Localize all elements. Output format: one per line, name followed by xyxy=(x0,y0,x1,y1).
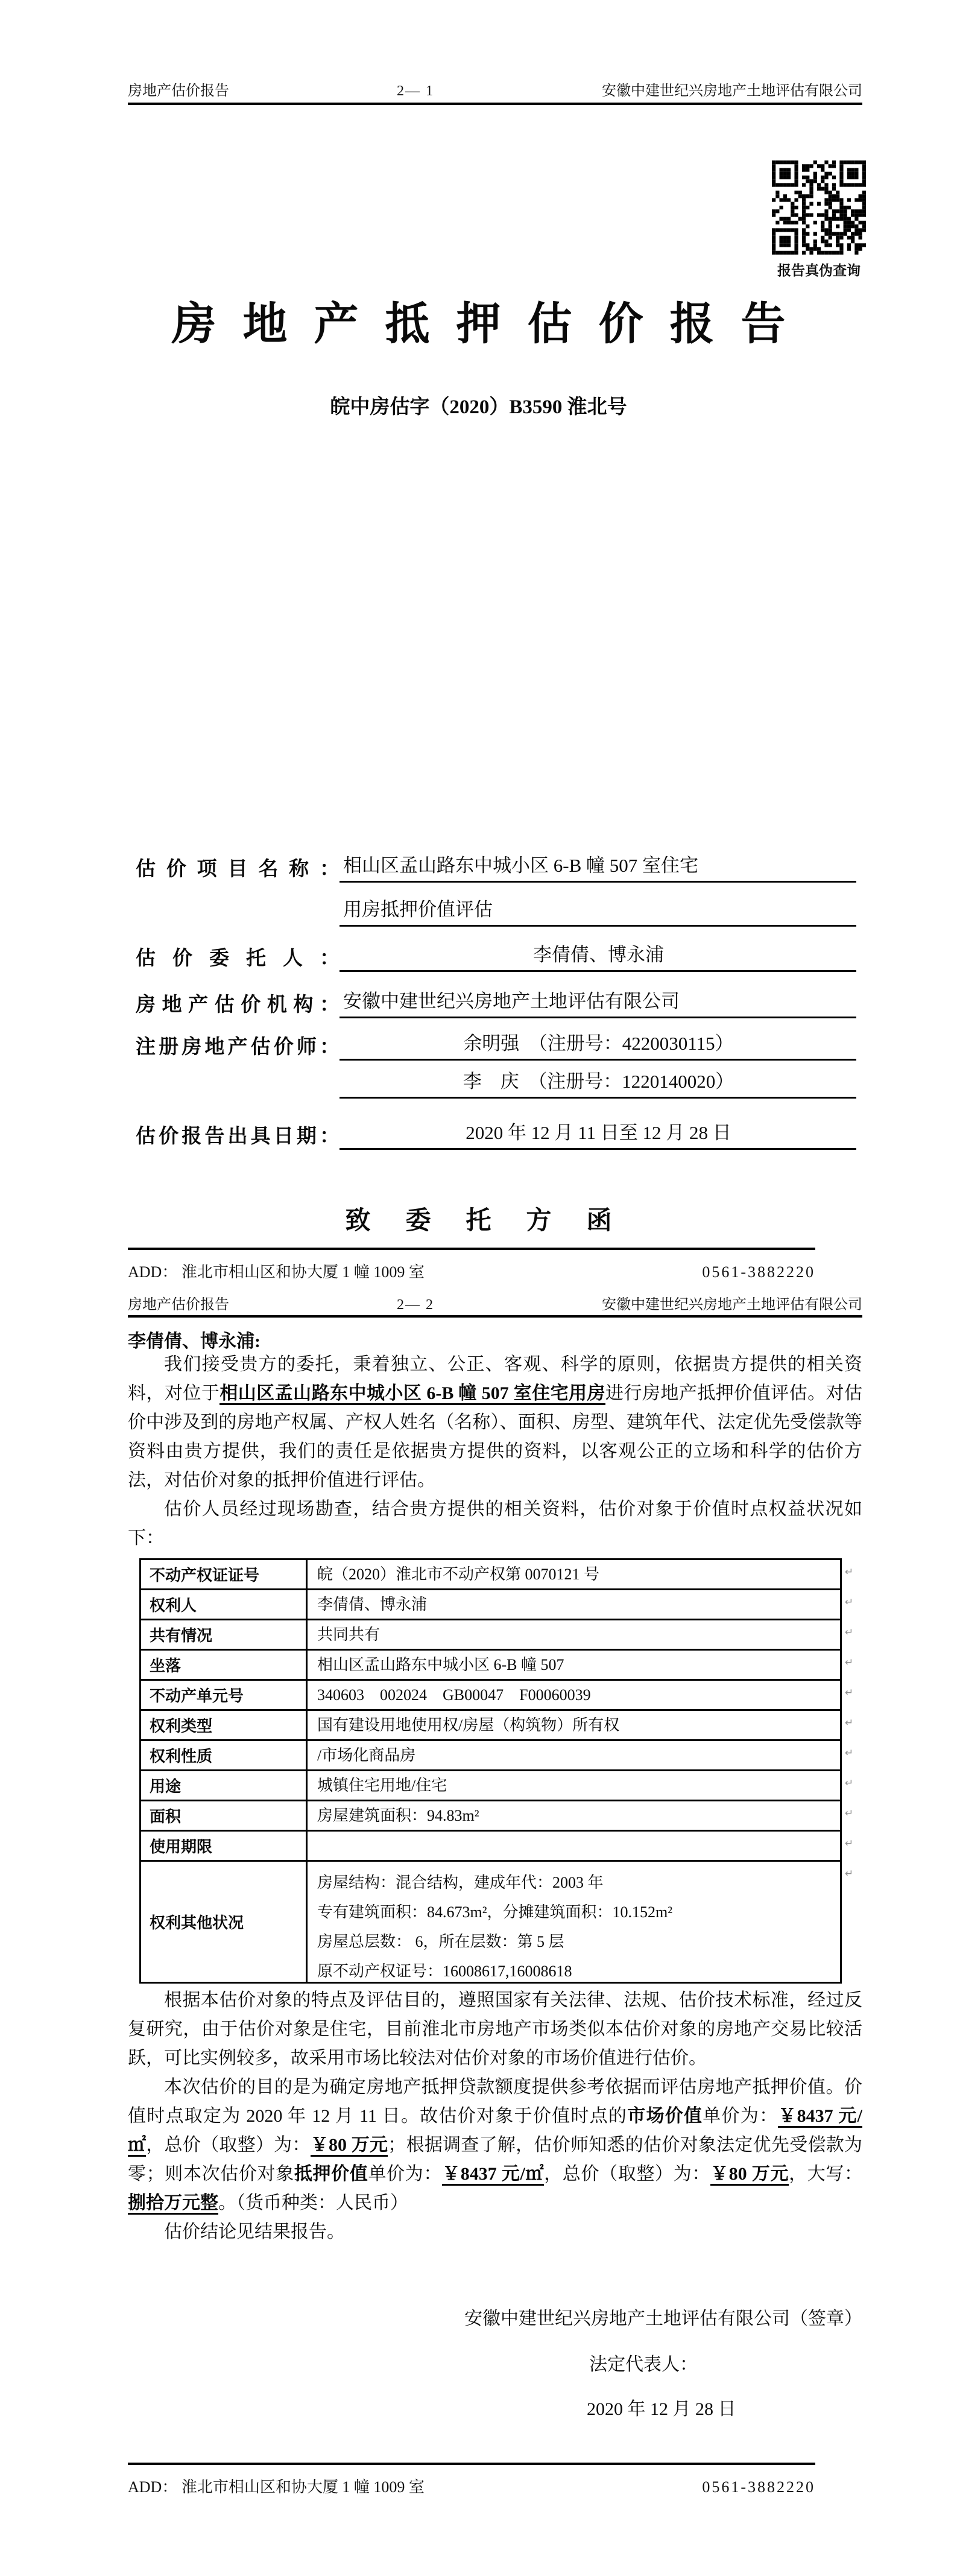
header-doc-type: 房地产估价报告 xyxy=(128,1292,229,1313)
paragraph-mark-icon: ↵ xyxy=(845,1777,853,1789)
table-row: 不动产单元号340603 002024 GB00047 F00060039 xyxy=(141,1681,840,1711)
field-label: 估价项目名称： xyxy=(136,856,340,883)
table-row-value: 相山区孟山路东中城小区 6-B 幢 507 xyxy=(308,1651,840,1679)
letter-body-after-table: 根据本估价对象的特点及评估目的，遵照国家有关法律、法规、估价技术标准，经过反复研… xyxy=(128,1986,862,2247)
field-value: 用房抵押价值评估 xyxy=(340,896,856,927)
table-row: 面积房屋建筑面积：94.83m² xyxy=(141,1801,840,1832)
doc-number: 皖中房估字（2020）B3590 淮北号 xyxy=(0,391,957,419)
header-doc-type: 房地产估价报告 xyxy=(128,78,229,100)
table-row-label: 面积 xyxy=(141,1801,308,1830)
table-row: 权利性质/市场化商品房 xyxy=(141,1741,840,1771)
field-value: 余明强 （注册号：4220030115） xyxy=(340,1030,856,1061)
paragraph: 我们接受贵方的委托，秉着独立、公正、客观、科学的原则，依据贵方提供的相关资料，对… xyxy=(128,1350,862,1495)
table-row-value: 房屋结构：混合结构，建成年代：2003 年专有建筑面积：84.673m²，分摊建… xyxy=(308,1862,840,1982)
paragraph-mark-icon: ↵ xyxy=(845,1626,853,1639)
page2-footer-rule xyxy=(128,2463,815,2465)
table-row: 权利其他状况房屋结构：混合结构，建成年代：2003 年专有建筑面积：84.673… xyxy=(141,1862,840,1982)
signature-date: 2020 年 12 月 28 日 xyxy=(587,2394,736,2420)
header-page-number: 2— 1 xyxy=(397,83,434,100)
page2-header-rule xyxy=(128,1315,862,1318)
office-phone: 0561-3882220 xyxy=(702,2478,815,2496)
paragraph-mark-icon: ↵ xyxy=(845,1838,853,1850)
field-label: 注册房地产估价师： xyxy=(136,1034,340,1061)
cover-field-row: 估价委托人：李倩倩、博永浦 xyxy=(136,941,856,972)
paragraph: 根据本估价对象的特点及评估目的，遵照国家有关法律、法规、估价技术标准，经过反复研… xyxy=(128,1986,862,2073)
cover-field-row: 李 庆 （注册号：1220140020） xyxy=(136,1067,856,1099)
paragraph-mark-icon: ↵ xyxy=(845,1596,853,1608)
letter-heading: 致委托方函 xyxy=(0,1201,957,1237)
table-row: 权利类型国有建设用地使用权/房屋（构筑物）所有权 xyxy=(141,1711,840,1741)
table-row-value: 房屋建筑面积：94.83m² xyxy=(308,1801,840,1830)
office-phone: 0561-3882220 xyxy=(702,1263,815,1281)
table-row-label: 权利类型 xyxy=(141,1711,308,1739)
header-page-number: 2— 2 xyxy=(397,1297,434,1313)
paragraph-mark-icon: ↵ xyxy=(845,1687,853,1699)
table-row: 不动产权证证号皖（2020）淮北市不动产权第 0070121 号 xyxy=(141,1560,840,1590)
field-value: 相山区孟山路东中城小区 6-B 幢 507 室住宅 xyxy=(340,852,856,883)
page2-address-bar: ADD： 淮北市相山区和协大厦 1 幢 1009 室 0561-3882220 xyxy=(128,2475,815,2497)
table-row-label: 权利性质 xyxy=(141,1741,308,1769)
cover-field-row: 注册房地产估价师：余明强 （注册号：4220030115） xyxy=(136,1029,856,1061)
paragraph: 本次估价的目的是为确定房地产抵押贷款额度提供参考依据而评估房地产抵押价值。价值时… xyxy=(128,2073,862,2218)
paragraph-mark-icon: ↵ xyxy=(845,1717,853,1729)
table-row-value: 国有建设用地使用权/房屋（构筑物）所有权 xyxy=(308,1711,840,1739)
property-rights-table: 不动产权证证号皖（2020）淮北市不动产权第 0070121 号权利人李倩倩、博… xyxy=(139,1558,842,1984)
field-label: 房地产估价机构： xyxy=(136,992,340,1018)
table-row: 用途城镇住宅用地/住宅 xyxy=(141,1771,840,1801)
table-row-value: 皖（2020）淮北市不动产权第 0070121 号 xyxy=(308,1560,840,1588)
table-row-value xyxy=(308,1832,840,1860)
page1-header: 房地产估价报告 2— 1 安徽中建世纪兴房地产土地评估有限公司 xyxy=(128,78,862,100)
page1-header-rule xyxy=(128,103,862,105)
table-row: 共有情况共同共有 xyxy=(141,1620,840,1651)
cover-field-row: 房地产估价机构：安徽中建世纪兴房地产土地评估有限公司 xyxy=(136,987,856,1018)
signature-legal-rep: 法定代表人： xyxy=(589,2349,698,2376)
field-value: 李 庆 （注册号：1220140020） xyxy=(340,1068,856,1099)
table-row-label: 权利人 xyxy=(141,1590,308,1619)
field-label: 估价报告出具日期： xyxy=(136,1123,340,1150)
table-row-label: 共有情况 xyxy=(141,1620,308,1649)
table-row-label: 用途 xyxy=(141,1771,308,1800)
table-row: 坐落相山区孟山路东中城小区 6-B 幢 507 xyxy=(141,1651,840,1681)
report-page: 房地产估价报告 2— 1 安徽中建世纪兴房地产土地评估有限公司 报告真伪查询 房… xyxy=(0,0,957,2576)
table-row-label: 权利其他状况 xyxy=(141,1862,308,1982)
table-row-label: 不动产权证证号 xyxy=(141,1560,308,1588)
header-company: 安徽中建世纪兴房地产土地评估有限公司 xyxy=(602,1292,862,1313)
table-row-value: 城镇住宅用地/住宅 xyxy=(308,1771,840,1800)
table-row-value: /市场化商品房 xyxy=(308,1741,840,1769)
paragraph-mark-icon: ↵ xyxy=(845,1747,853,1759)
field-label: 估价委托人： xyxy=(136,945,340,972)
paragraph-mark-icon: ↵ xyxy=(845,1566,853,1578)
table-row: 使用期限 xyxy=(141,1832,840,1862)
header-company: 安徽中建世纪兴房地产土地评估有限公司 xyxy=(602,78,862,100)
field-value: 李倩倩、博永浦 xyxy=(340,942,856,972)
qr-caption: 报告真伪查询 xyxy=(761,259,877,279)
page1-footer-rule xyxy=(128,1248,815,1250)
paragraph-mark-icon: ↵ xyxy=(845,1868,853,1880)
page1-address-bar: ADD： 淮北市相山区和协大厦 1 幢 1009 室 0561-3882220 xyxy=(128,1260,815,1282)
salutation: 李倩倩、博永浦: xyxy=(128,1326,261,1353)
signature-company: 安徽中建世纪兴房地产土地评估有限公司（签章） xyxy=(464,2303,862,2330)
paragraph: 估价人员经过现场勘查，结合贵方提供的相关资料，估价对象于价值时点权益状况如下： xyxy=(128,1495,862,1553)
table-row-label: 不动产单元号 xyxy=(141,1681,308,1709)
field-value: 2020 年 12 月 11 日至 12 月 28 日 xyxy=(340,1120,856,1150)
cover-field-row: 估价项目名称：相山区孟山路东中城小区 6-B 幢 507 室住宅 xyxy=(136,851,856,883)
page2-header: 房地产估价报告 2— 2 安徽中建世纪兴房地产土地评估有限公司 xyxy=(128,1292,862,1313)
cover-field-row: 用房抵押价值评估 xyxy=(136,895,856,927)
table-row: 权利人李倩倩、博永浦 xyxy=(141,1590,840,1620)
paragraph-mark-icon: ↵ xyxy=(845,1807,853,1819)
table-row-value: 340603 002024 GB00047 F00060039 xyxy=(308,1681,840,1709)
table-row-label: 使用期限 xyxy=(141,1832,308,1860)
report-title: 房地产抵押估价报告 xyxy=(0,288,957,352)
letter-body-before-table: 我们接受贵方的委托，秉着独立、公正、客观、科学的原则，依据贵方提供的相关资料，对… xyxy=(128,1350,862,1553)
cover-field-row: 估价报告出具日期：2020 年 12 月 11 日至 12 月 28 日 xyxy=(136,1118,856,1150)
field-value: 安徽中建世纪兴房地产土地评估有限公司 xyxy=(340,988,856,1018)
office-address: ADD： 淮北市相山区和协大厦 1 幢 1009 室 xyxy=(128,1260,425,1282)
paragraph: 估价结论见结果报告。 xyxy=(128,2218,862,2247)
office-address: ADD： 淮北市相山区和协大厦 1 幢 1009 室 xyxy=(128,2475,425,2497)
table-row-label: 坐落 xyxy=(141,1651,308,1679)
paragraph-mark-icon: ↵ xyxy=(845,1657,853,1669)
table-row-value: 共同共有 xyxy=(308,1620,840,1649)
table-row-value: 李倩倩、博永浦 xyxy=(308,1590,840,1619)
qr-code xyxy=(772,160,866,258)
